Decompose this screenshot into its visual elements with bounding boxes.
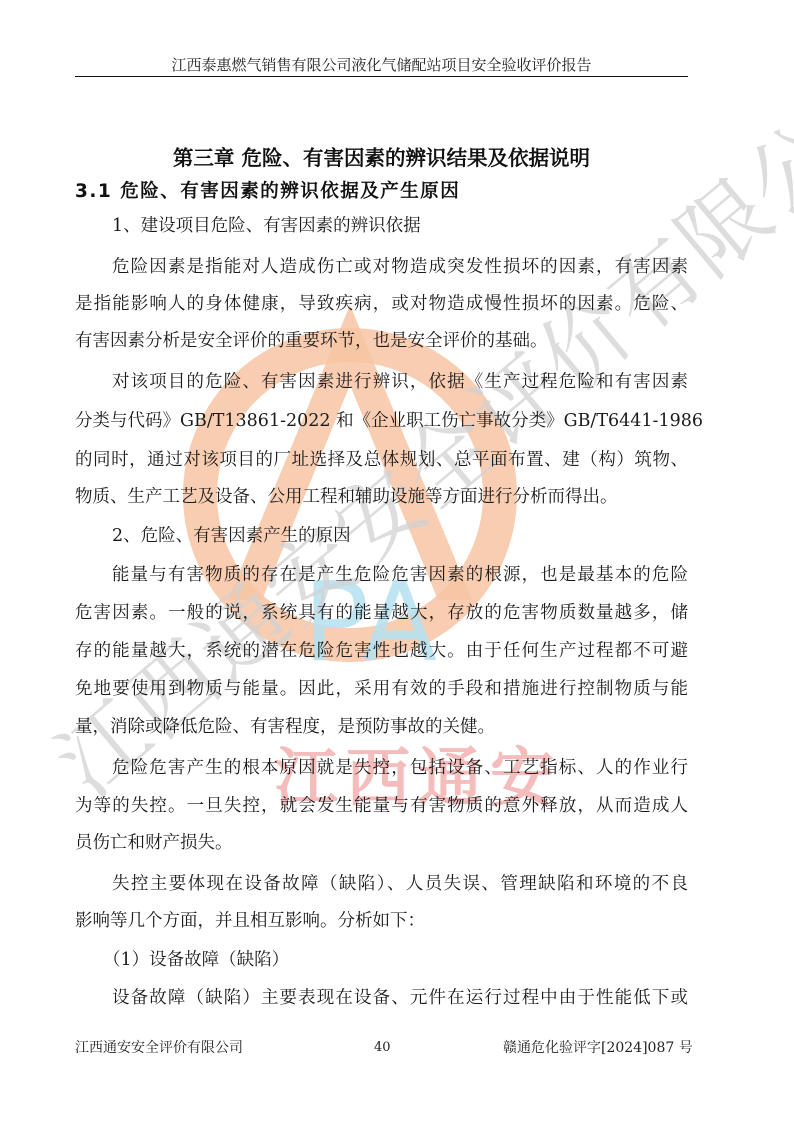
paragraph-6: 设备故障（缺陷）主要表现在设备、元件在运行过程中由于性能低下或 (75, 985, 688, 1011)
chapter-title: 第三章 危险、有害因素的辨识结果及依据说明 (75, 145, 688, 171)
header-rule (75, 76, 688, 77)
paragraph-5: 失控主要体现在设备故障（缺陷）、人员失误、管理缺陷和环境的不良 影响等几个方面，… (75, 871, 688, 934)
footer-company: 江西通安安全评价有限公司 (75, 1039, 243, 1057)
sub1-heading: （1）设备故障（缺陷） (75, 947, 688, 973)
document-page: PA 江西通安安全评价有限公司 江西通安 江西泰惠燃气销售有限公司液化气储配站项… (0, 0, 794, 1123)
paragraph-2: 对该项目的危险、有害因素进行辨识，依据《生产过程危险和有害因素 分类与代码》GB… (75, 369, 688, 510)
running-header: 江西泰惠燃气销售有限公司液化气储配站项目安全验收评价报告 (75, 56, 688, 74)
page-content: 江西泰惠燃气销售有限公司液化气储配站项目安全验收评价报告 第三章 危险、有害因素… (0, 0, 794, 1123)
section-title: 3.1 危险、有害因素的辨识依据及产生原因 (75, 179, 460, 205)
paragraph-4: 危险危害产生的根本原因就是失控，包括设备、工艺指标、人的作业行 为等的失控。一旦… (75, 755, 688, 856)
paragraph-3: 能量与有害物质的存在是产生危险危害因素的根源，也是最基本的危险 危害因素。一般的… (75, 562, 688, 740)
footer-page-number: 40 (374, 1039, 391, 1057)
paragraph-1: 危险因素是指能对人造成伤亡或对物造成突发性损坏的因素，有害因素 是指能影响人的身… (75, 254, 688, 354)
footer-doc-number: 赣通危化验评字[2024]087 号 (503, 1039, 693, 1057)
item1-heading: 1、建设项目危险、有害因素的辨识依据 (75, 213, 688, 239)
item2-heading: 2、危险、有害因素产生的原因 (75, 523, 688, 549)
